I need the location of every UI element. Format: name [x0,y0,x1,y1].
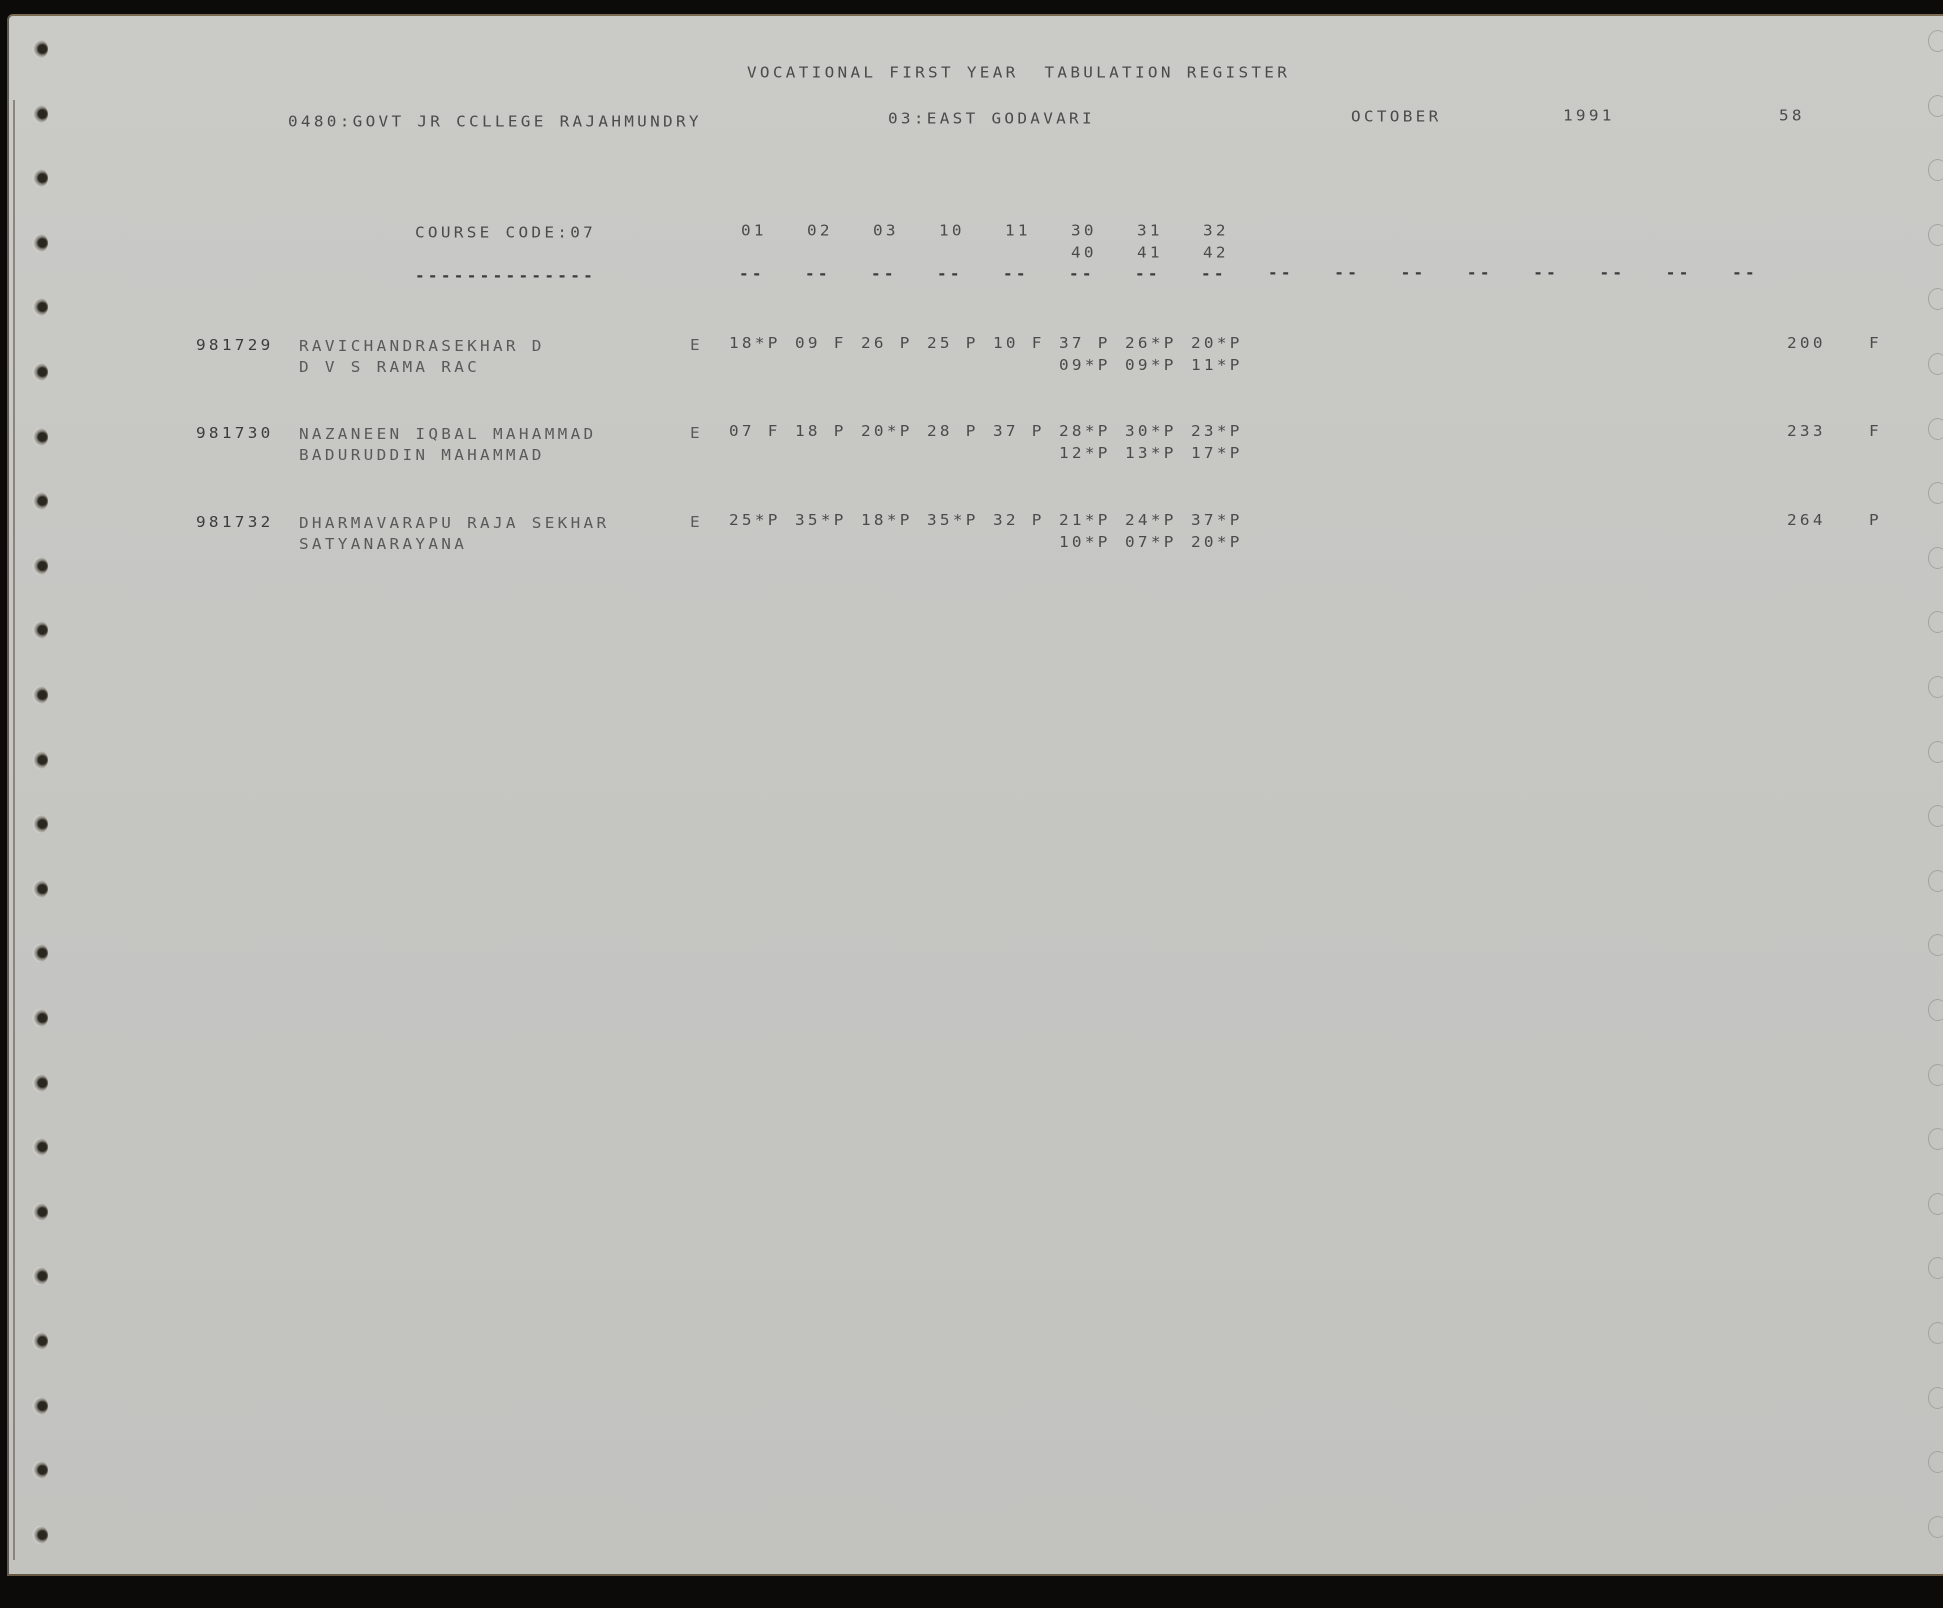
column-underline: -- [1732,263,1758,282]
exam-month: OCTOBER [1351,108,1442,125]
result-status: F [1869,334,1882,351]
medium-code: E [690,336,703,353]
parent-name: BADURUDDIN MAHAMMAD [299,446,545,463]
subject-mark: 09*P [1125,356,1177,373]
student-id: 981732 [196,513,274,530]
student-name: DHARMAVARAPU RAJA SEKHAR [299,514,609,531]
tractor-hole-icon [32,686,48,704]
subject-mark: 26 P [861,334,913,351]
district-name: 03:EAST GODAVARI [888,110,1095,127]
tractor-hole-icon [1928,1128,1943,1150]
tractor-hole-icon [32,363,48,381]
subject-mark: 18*P [729,334,781,351]
tractor-hole-icon [32,40,48,58]
subject-mark: 35*P [927,511,979,528]
tractor-hole-icon [1928,418,1943,440]
tractor-hole-icon [1928,353,1943,375]
tractor-hole-icon [32,428,48,446]
column-underline: -- [1401,263,1427,282]
result-status: F [1869,422,1882,439]
tractor-hole-icon [1928,1064,1943,1086]
tractor-hole-icon [1928,159,1943,181]
tractor-hole-icon [1928,288,1943,310]
subject-mark: 09 F [795,334,847,351]
tractor-hole-icon [32,234,48,252]
printout-paper [7,14,1943,1576]
tractor-hole-icon [32,1526,48,1544]
tractor-hole-icon [1928,1322,1943,1344]
college-name: 0480:GOVT JR CCLLEGE RAJAHMUNDRY [288,113,702,130]
tractor-hole-icon [1928,224,1943,246]
subject-code-header: 42 [1203,244,1229,261]
column-underline: -- [1201,264,1227,283]
subject-mark: 10 F [993,334,1045,351]
subject-mark: 25*P [729,511,781,528]
tractor-hole-icon [32,557,48,575]
student-id: 981730 [196,424,274,441]
subject-code-header: 10 [939,222,965,239]
medium-code: E [690,424,703,441]
subject-code-header: 30 [1071,222,1097,239]
subject-code-header: 02 [807,222,833,239]
subject-code-header: 40 [1071,244,1097,261]
column-underline: -- [1003,264,1029,283]
subject-mark: 37 P [993,422,1045,439]
column-underline: -- [1533,263,1559,282]
tractor-hole-icon [1928,805,1943,827]
subject-mark: 20*P [1191,533,1243,550]
total-marks: 264 [1787,511,1826,528]
tractor-hole-icon [32,1332,48,1350]
column-underline: -- [1467,263,1493,282]
subject-code-header: 31 [1137,222,1163,239]
parent-name: D V S RAMA RAC [299,358,480,375]
column-underline: -- [1135,264,1161,283]
tractor-hole-icon [1928,1193,1943,1215]
parent-name: SATYANARAYANA [299,535,467,552]
tractor-hole-icon [32,1074,48,1092]
student-name: RAVICHANDRASEKHAR D [299,337,545,354]
tractor-hole-icon [1928,1387,1943,1409]
subject-mark: 23*P [1191,422,1243,439]
medium-code: E [690,513,703,530]
subject-code-header: 32 [1203,222,1229,239]
tractor-hole-icon [32,751,48,769]
subject-mark: 09*P [1059,356,1111,373]
course-code-underline: -------------- [415,266,596,285]
column-underline: -- [1334,263,1360,282]
subject-code-header: 41 [1137,244,1163,261]
column-underline: -- [1268,263,1294,282]
tractor-hole-icon [1928,1257,1943,1279]
column-underline: -- [805,264,831,283]
subject-mark: 07 F [729,422,781,439]
column-underline: -- [937,264,963,283]
tractor-hole-icon [1928,611,1943,633]
subject-mark: 18 P [795,422,847,439]
tractor-hole-icon [1928,870,1943,892]
subject-mark: 32 P [993,511,1045,528]
subject-mark: 12*P [1059,444,1111,461]
subject-mark: 28*P [1059,422,1111,439]
subject-mark: 07*P [1125,533,1177,550]
subject-mark: 37*P [1191,511,1243,528]
report-title: VOCATIONAL FIRST YEAR TABULATION REGISTE… [747,64,1290,81]
student-id: 981729 [196,336,274,353]
tractor-hole-icon [32,1397,48,1415]
perforation-line [13,100,15,1560]
subject-mark: 20*P [1191,334,1243,351]
subject-mark: 21*P [1059,511,1111,528]
tractor-hole-icon [1928,95,1943,117]
tractor-hole-icon [32,1203,48,1221]
subject-mark: 26*P [1125,334,1177,351]
total-marks: 200 [1787,334,1826,351]
page-number: 58 [1779,107,1805,124]
subject-mark: 30*P [1125,422,1177,439]
tractor-hole-icon [1928,934,1943,956]
subject-mark: 11*P [1191,356,1243,373]
course-code-label: COURSE CODE:07 [415,224,596,241]
subject-mark: 37 P [1059,334,1111,351]
subject-mark: 13*P [1125,444,1177,461]
column-underline: -- [1600,263,1626,282]
result-status: P [1869,511,1882,528]
subject-code-header: 11 [1005,222,1031,239]
tractor-hole-icon [1928,547,1943,569]
tractor-hole-icon [1928,741,1943,763]
subject-mark: 17*P [1191,444,1243,461]
column-underline: -- [1666,263,1692,282]
subject-mark: 18*P [861,511,913,528]
tractor-hole-icon [1928,999,1943,1021]
tractor-hole-icon [32,880,48,898]
tractor-hole-icon [1928,30,1943,52]
subject-code-header: 01 [741,222,767,239]
tractor-hole-icon [1928,1516,1943,1538]
column-underline: -- [739,264,765,283]
column-underline: -- [1069,264,1095,283]
tractor-hole-icon [1928,482,1943,504]
subject-mark: 24*P [1125,511,1177,528]
tractor-hole-icon [32,105,48,123]
subject-mark: 10*P [1059,533,1111,550]
subject-mark: 20*P [861,422,913,439]
subject-mark: 35*P [795,511,847,528]
tractor-hole-icon [1928,1451,1943,1473]
total-marks: 233 [1787,422,1826,439]
column-underline: -- [871,264,897,283]
tractor-hole-icon [32,1009,48,1027]
tractor-hole-icon [1928,676,1943,698]
student-name: NAZANEEN IQBAL MAHAMMAD [299,425,596,442]
subject-mark: 28 P [927,422,979,439]
subject-code-header: 03 [873,222,899,239]
exam-year: 1991 [1563,107,1615,124]
subject-mark: 25 P [927,334,979,351]
